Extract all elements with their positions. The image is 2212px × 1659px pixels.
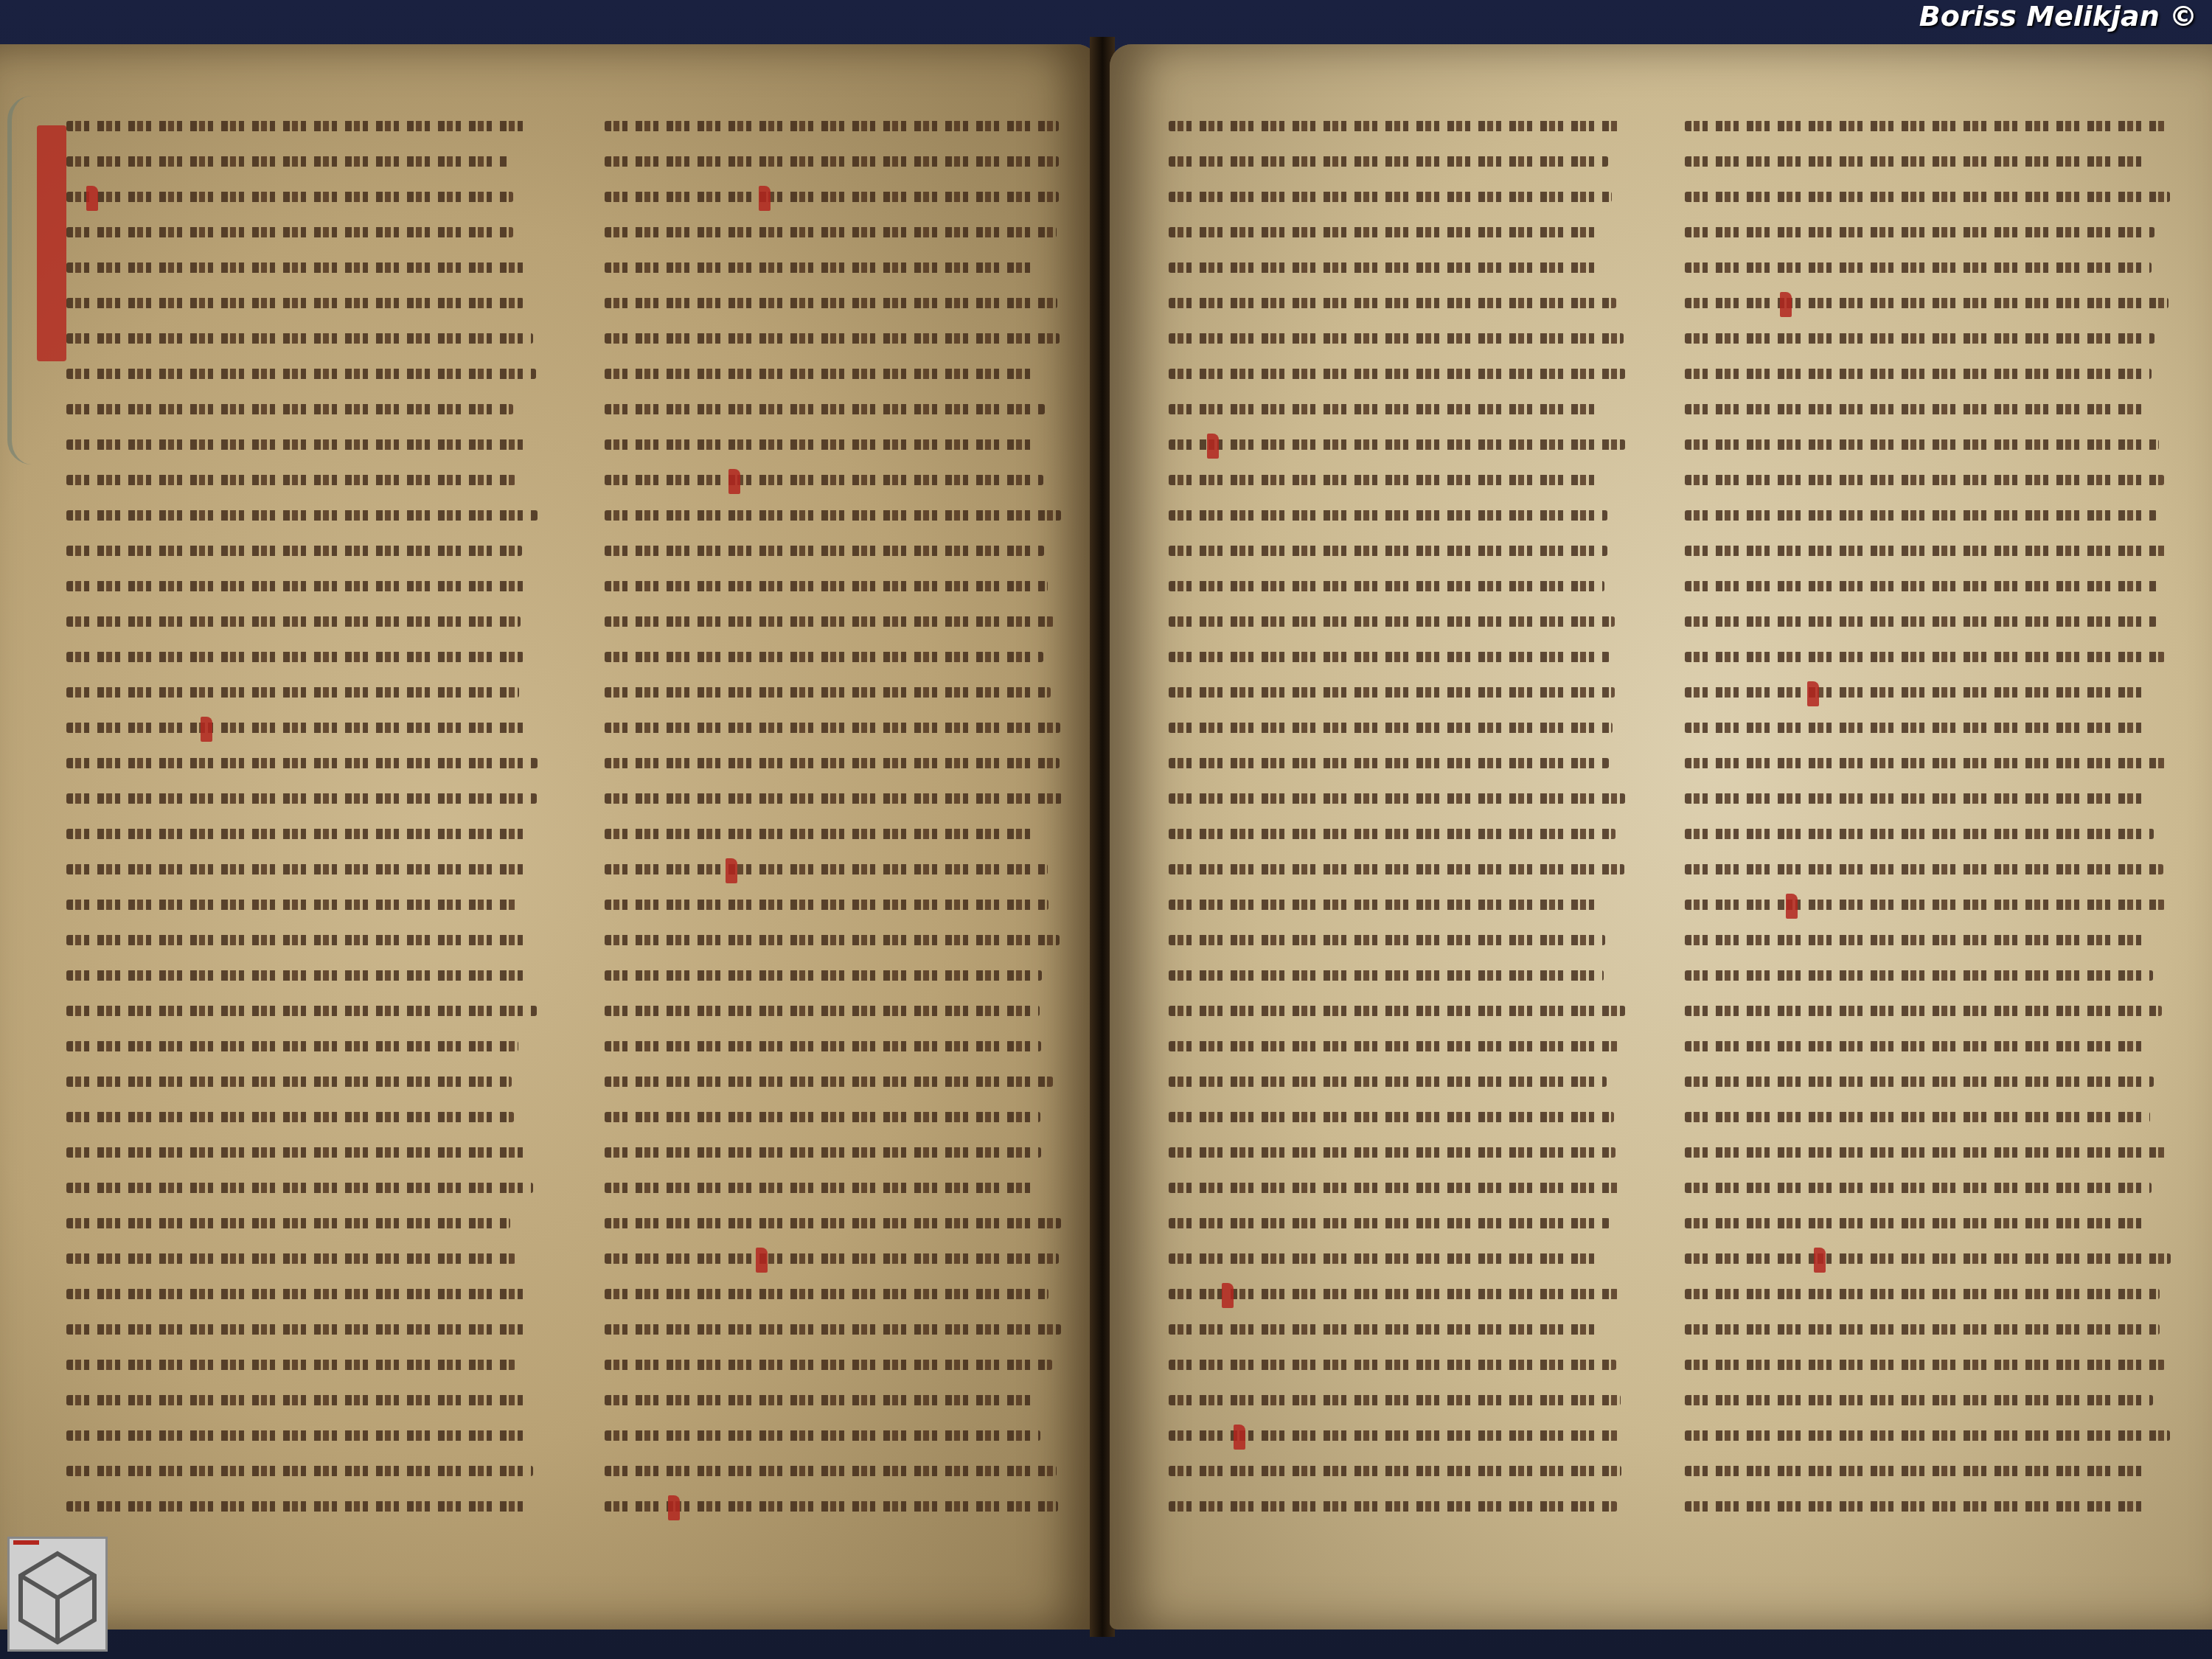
manuscript-text-line <box>66 217 538 245</box>
manuscript-text-line <box>605 783 1062 811</box>
ink-stroke <box>1685 723 2144 733</box>
left-page-column-1 <box>66 111 538 1563</box>
manuscript-text-line <box>1685 465 2171 493</box>
ink-stroke <box>1169 1501 1617 1512</box>
manuscript-text-line <box>605 748 1062 776</box>
ink-stroke <box>605 1253 1059 1264</box>
manuscript-text-line <box>66 1314 538 1342</box>
ink-stroke <box>1169 1395 1621 1405</box>
ink-stroke <box>66 652 524 662</box>
ink-stroke <box>66 1183 533 1193</box>
ink-stroke <box>1169 1077 1607 1087</box>
ink-stroke <box>66 864 529 874</box>
ink-stroke <box>1169 1466 1621 1476</box>
ink-stroke <box>1685 616 2157 627</box>
manuscript-text-line <box>66 394 538 422</box>
manuscript-text-line <box>1169 1137 1626 1165</box>
manuscript-text-line <box>605 1385 1062 1413</box>
manuscript-text-line <box>1169 1455 1626 1484</box>
ink-stroke <box>1685 262 2152 273</box>
manuscript-text-line <box>1685 712 2171 740</box>
ink-stroke <box>605 793 1062 804</box>
ink-stroke <box>605 864 1048 874</box>
ink-stroke <box>1169 687 1615 698</box>
manuscript-text-line <box>1685 641 2171 669</box>
ink-stroke <box>66 156 509 167</box>
manuscript-text-line <box>1169 1385 1626 1413</box>
ink-stroke <box>605 333 1060 344</box>
ink-stroke <box>1685 652 2165 662</box>
ink-stroke <box>1685 1077 2154 1087</box>
ink-stroke <box>1169 581 1604 591</box>
ink-stroke <box>1685 1289 2160 1299</box>
manuscript-text-line <box>605 323 1062 351</box>
ink-stroke <box>1169 793 1625 804</box>
ink-stroke <box>1169 1218 1610 1228</box>
ink-stroke <box>1169 1112 1614 1122</box>
ink-stroke <box>605 723 1060 733</box>
red-paragraph-mark <box>668 1495 680 1520</box>
red-paragraph-mark <box>86 186 98 211</box>
manuscript-text-line <box>1685 1172 2171 1200</box>
ink-stroke <box>605 1183 1036 1193</box>
manuscript-text-line <box>605 500 1062 528</box>
ink-stroke <box>1169 900 1599 910</box>
ink-stroke <box>1685 546 2166 556</box>
manuscript-text-line <box>605 181 1062 209</box>
decorated-initial <box>37 125 66 361</box>
ink-stroke <box>605 1006 1040 1016</box>
manuscript-text-line <box>66 1385 538 1413</box>
ink-stroke <box>66 900 518 910</box>
ink-stroke <box>1685 192 2170 202</box>
ink-stroke <box>1685 298 2168 308</box>
manuscript-text-line <box>605 1455 1062 1484</box>
manuscript-text-line <box>605 1420 1062 1448</box>
manuscript-text-line <box>66 960 538 988</box>
manuscript-text-line <box>1169 146 1626 174</box>
ink-stroke <box>66 1466 533 1476</box>
ink-stroke <box>1169 510 1607 521</box>
manuscript-text-line <box>1169 252 1626 280</box>
red-paragraph-mark <box>759 186 771 211</box>
manuscript-text-line <box>605 1172 1062 1200</box>
red-paragraph-mark <box>726 858 737 883</box>
ink-stroke <box>1169 1041 1618 1051</box>
ink-stroke <box>66 1395 529 1405</box>
ink-stroke <box>1169 475 1597 485</box>
ink-stroke <box>605 900 1048 910</box>
ink-stroke <box>1169 369 1625 379</box>
ink-stroke <box>1169 1253 1596 1264</box>
manuscript-text-line <box>1685 606 2171 634</box>
manuscript-text-line <box>1169 323 1626 351</box>
manuscript-text-line <box>66 1172 538 1200</box>
ink-stroke <box>605 829 1034 839</box>
manuscript-text-line <box>66 358 538 386</box>
ink-stroke <box>66 758 538 768</box>
manuscript-text-line <box>1169 429 1626 457</box>
ink-stroke <box>66 1289 527 1299</box>
manuscript-text-line <box>66 288 538 316</box>
manuscript-text-line <box>605 712 1062 740</box>
manuscript-text-line <box>605 146 1062 174</box>
right-page-column-1 <box>1169 111 1626 1563</box>
ink-stroke <box>66 1218 510 1228</box>
ink-stroke <box>66 121 530 131</box>
ink-stroke <box>1685 439 2159 450</box>
manuscript-text-line <box>1169 1031 1626 1059</box>
photographer-watermark: Boriss Melikjan © <box>1919 0 2197 32</box>
ink-stroke <box>605 475 1043 485</box>
manuscript-text-line <box>605 288 1062 316</box>
manuscript-text-line <box>605 535 1062 563</box>
manuscript-text-line <box>66 465 538 493</box>
ink-stroke <box>605 581 1048 591</box>
ink-stroke <box>66 1147 529 1158</box>
manuscript-text-line <box>1685 1385 2171 1413</box>
manuscript-text-line <box>605 111 1062 139</box>
manuscript-text-line <box>1169 1102 1626 1130</box>
ink-stroke <box>66 1501 529 1512</box>
manuscript-text-line <box>66 995 538 1023</box>
ink-stroke <box>66 227 513 237</box>
manuscript-text-line <box>66 1420 538 1448</box>
ink-stroke <box>66 581 526 591</box>
manuscript-text-line <box>66 535 538 563</box>
ink-stroke <box>66 298 524 308</box>
manuscript-text-line <box>1685 960 2171 988</box>
manuscript-text-line <box>605 252 1062 280</box>
ink-stroke <box>1169 298 1616 308</box>
manuscript-text-line <box>1685 181 2171 209</box>
ink-stroke <box>1169 227 1599 237</box>
manuscript-text-line <box>1169 571 1626 599</box>
manuscript-text-line <box>66 854 538 882</box>
manuscript-text-line <box>1169 500 1626 528</box>
manuscript-text-line <box>1169 1420 1626 1448</box>
ink-stroke <box>1169 262 1601 273</box>
manuscript-text-line <box>1685 677 2171 705</box>
ink-stroke <box>1685 1041 2143 1051</box>
ink-stroke <box>605 1147 1041 1158</box>
manuscript-text-line <box>1169 181 1626 209</box>
ink-stroke <box>1685 404 2143 414</box>
ink-stroke <box>605 369 1037 379</box>
manuscript-text-line <box>1685 783 2171 811</box>
ink-stroke <box>1685 829 2154 839</box>
manuscript-text-line <box>66 429 538 457</box>
manuscript-text-line <box>1685 288 2171 316</box>
red-paragraph-mark <box>728 469 740 494</box>
red-paragraph-mark <box>201 717 212 742</box>
right-page <box>1110 44 2212 1630</box>
ink-stroke <box>605 1430 1040 1441</box>
manuscript-text-line <box>66 323 538 351</box>
ink-stroke <box>605 1324 1061 1335</box>
right-page-column-2 <box>1685 111 2171 1563</box>
manuscript-text-line <box>66 1066 538 1094</box>
manuscript-text-line <box>66 1031 538 1059</box>
manuscript-text-line <box>66 712 538 740</box>
manuscript-text-line <box>1685 925 2171 953</box>
manuscript-text-line <box>1169 1243 1626 1271</box>
manuscript-text-line <box>1685 1031 2171 1059</box>
ink-stroke <box>66 970 524 981</box>
manuscript-text-line <box>1169 217 1626 245</box>
open-manuscript <box>0 15 2212 1659</box>
ink-stroke <box>66 546 522 556</box>
manuscript-text-line <box>1169 1314 1626 1342</box>
ink-stroke <box>1169 1183 1619 1193</box>
ink-stroke <box>1169 121 1620 131</box>
manuscript-text-line <box>1169 1279 1626 1307</box>
ink-stroke <box>1685 475 2164 485</box>
ink-stroke <box>66 1006 537 1016</box>
manuscript-text-line <box>605 1491 1062 1519</box>
manuscript-text-line <box>605 889 1062 917</box>
manuscript-text-line <box>1169 677 1626 705</box>
manuscript-text-line <box>1685 1208 2171 1236</box>
manuscript-text-line <box>605 606 1062 634</box>
ink-stroke <box>605 1077 1053 1087</box>
ink-stroke <box>1169 333 1624 344</box>
manuscript-text-line <box>1169 1172 1626 1200</box>
ink-stroke <box>1169 1289 1618 1299</box>
ink-stroke <box>605 1218 1061 1228</box>
manuscript-text-line <box>1685 1349 2171 1377</box>
ink-stroke <box>605 616 1054 627</box>
ink-stroke <box>605 1289 1048 1299</box>
manuscript-text-line <box>1685 146 2171 174</box>
ink-stroke <box>605 1395 1034 1405</box>
ink-stroke <box>1685 793 2149 804</box>
ink-stroke <box>1685 1466 2146 1476</box>
manuscript-text-line <box>1169 818 1626 846</box>
ink-stroke <box>1685 121 2166 131</box>
manuscript-text-line <box>1169 288 1626 316</box>
manuscript-text-line <box>605 1243 1062 1271</box>
ink-stroke <box>1169 546 1607 556</box>
ink-stroke <box>605 1466 1057 1476</box>
ink-stroke <box>1685 333 2154 344</box>
manuscript-text-line <box>1685 535 2171 563</box>
manuscript-text-line <box>605 394 1062 422</box>
ink-stroke <box>1169 1360 1616 1370</box>
red-paragraph-mark <box>1807 681 1819 706</box>
manuscript-text-line <box>66 146 538 174</box>
ink-stroke <box>605 439 1033 450</box>
manuscript-text-line <box>66 748 538 776</box>
manuscript-text-line <box>605 1102 1062 1130</box>
manuscript-text-line <box>1685 1279 2171 1307</box>
ink-stroke <box>605 758 1060 768</box>
ink-stroke <box>66 262 525 273</box>
manuscript-text-line <box>1685 394 2171 422</box>
isometric-cube-logo-icon <box>7 1537 108 1652</box>
manuscript-text-line <box>1169 111 1626 139</box>
red-paragraph-mark <box>756 1248 768 1273</box>
manuscript-text-line <box>1685 1102 2171 1130</box>
ink-stroke <box>1685 687 2148 698</box>
ink-stroke <box>66 439 527 450</box>
manuscript-text-line <box>66 111 538 139</box>
manuscript-text-line <box>1685 323 2171 351</box>
manuscript-text-line <box>1685 1420 2171 1448</box>
manuscript-text-line <box>66 1243 538 1271</box>
ink-stroke <box>66 1430 524 1441</box>
manuscript-text-line <box>1169 1349 1626 1377</box>
red-paragraph-mark <box>1780 292 1792 317</box>
ink-stroke <box>1685 1006 2162 1016</box>
manuscript-text-line <box>66 1208 538 1236</box>
ink-stroke <box>1685 1324 2160 1335</box>
manuscript-text-line <box>605 995 1062 1023</box>
ink-stroke <box>1685 156 2143 167</box>
manuscript-text-line <box>1169 1066 1626 1094</box>
ink-stroke <box>605 970 1042 981</box>
manuscript-text-line <box>605 1066 1062 1094</box>
ink-stroke <box>66 829 529 839</box>
ink-stroke <box>1685 1501 2149 1512</box>
manuscript-text-line <box>66 889 538 917</box>
ink-stroke <box>1685 1218 2148 1228</box>
ink-stroke <box>605 1112 1040 1122</box>
manuscript-text-line <box>605 1031 1062 1059</box>
ink-stroke <box>1685 369 2152 379</box>
ink-stroke <box>1685 758 2166 768</box>
manuscript-text-line <box>66 571 538 599</box>
ink-stroke <box>1169 829 1615 839</box>
manuscript-text-line <box>66 925 538 953</box>
ink-stroke <box>1169 935 1605 945</box>
red-paragraph-mark <box>1234 1425 1245 1450</box>
ink-stroke <box>1685 510 2157 521</box>
ink-stroke <box>66 723 531 733</box>
manuscript-text-line <box>605 465 1062 493</box>
ink-stroke <box>66 793 537 804</box>
ink-stroke <box>1169 192 1612 202</box>
ink-stroke <box>66 475 515 485</box>
ink-stroke <box>66 1077 512 1087</box>
manuscript-text-line <box>66 818 538 846</box>
manuscript-text-line <box>605 960 1062 988</box>
manuscript-text-line <box>1685 500 2171 528</box>
ink-stroke <box>1169 404 1600 414</box>
ink-stroke <box>605 1360 1052 1370</box>
manuscript-text-line <box>605 1349 1062 1377</box>
manuscript-text-line <box>605 677 1062 705</box>
manuscript-text-line <box>605 641 1062 669</box>
ink-stroke <box>1685 864 2163 874</box>
ink-stroke <box>66 333 533 344</box>
manuscript-text-line <box>1685 748 2171 776</box>
ink-stroke <box>605 227 1057 237</box>
manuscript-text-line <box>605 1137 1062 1165</box>
ink-stroke <box>1169 439 1625 450</box>
manuscript-text-line <box>66 500 538 528</box>
manuscript-text-line <box>66 606 538 634</box>
ink-stroke <box>1169 616 1615 627</box>
ink-stroke <box>1685 1395 2153 1405</box>
red-paragraph-mark <box>1786 894 1798 919</box>
ink-stroke <box>66 192 513 202</box>
ink-stroke <box>605 404 1045 414</box>
ink-stroke <box>1169 758 1609 768</box>
ink-stroke <box>66 1360 515 1370</box>
ink-stroke <box>1685 1360 2165 1370</box>
manuscript-text-line <box>1169 854 1626 882</box>
ink-stroke <box>66 1253 515 1264</box>
manuscript-text-line <box>605 571 1062 599</box>
manuscript-text-line <box>1169 641 1626 669</box>
manuscript-text-line <box>66 1102 538 1130</box>
manuscript-text-line <box>1169 394 1626 422</box>
manuscript-text-line <box>605 1314 1062 1342</box>
ink-stroke <box>66 1041 518 1051</box>
ink-stroke <box>1169 1006 1625 1016</box>
ink-stroke <box>605 156 1059 167</box>
manuscript-text-line <box>1169 925 1626 953</box>
manuscript-text-line <box>1169 960 1626 988</box>
manuscript-text-line <box>66 783 538 811</box>
manuscript-text-line <box>1685 429 2171 457</box>
ink-stroke <box>605 192 1059 202</box>
ink-stroke <box>1685 1183 2152 1193</box>
ink-stroke <box>1169 1324 1598 1335</box>
manuscript-text-line <box>66 641 538 669</box>
manuscript-text-line <box>605 1208 1062 1236</box>
ink-stroke <box>1685 1253 2171 1264</box>
ink-stroke <box>605 121 1059 131</box>
manuscript-text-line <box>1169 465 1626 493</box>
ink-stroke <box>66 404 513 414</box>
manuscript-text-line <box>66 252 538 280</box>
ink-stroke <box>66 369 536 379</box>
manuscript-text-line <box>1685 1137 2171 1165</box>
manuscript-text-line <box>1169 889 1626 917</box>
ink-stroke <box>1169 156 1608 167</box>
manuscript-text-line <box>66 1491 538 1519</box>
manuscript-text-line <box>605 925 1062 953</box>
manuscript-text-line <box>1169 1208 1626 1236</box>
manuscript-text-line <box>1685 1491 2171 1519</box>
ink-stroke <box>605 546 1044 556</box>
manuscript-text-line <box>1169 783 1626 811</box>
manuscript-text-line <box>1685 217 2171 245</box>
manuscript-text-line <box>66 1349 538 1377</box>
ink-stroke <box>66 935 530 945</box>
ink-stroke <box>66 510 538 521</box>
manuscript-text-line <box>605 854 1062 882</box>
manuscript-text-line <box>1685 571 2171 599</box>
manuscript-text-line <box>66 181 538 209</box>
manuscript-text-line <box>1169 606 1626 634</box>
ink-stroke <box>1169 970 1604 981</box>
manuscript-text-line <box>1685 358 2171 386</box>
red-paragraph-mark <box>1814 1248 1826 1273</box>
manuscript-text-line <box>605 818 1062 846</box>
manuscript-text-line <box>1685 995 2171 1023</box>
ink-stroke <box>1685 1147 2166 1158</box>
ink-stroke <box>605 687 1051 698</box>
manuscript-text-line <box>1169 358 1626 386</box>
manuscript-text-line <box>1685 854 2171 882</box>
manuscript-text-line <box>1685 818 2171 846</box>
ink-stroke <box>1169 723 1613 733</box>
ink-stroke <box>1685 1112 2150 1122</box>
red-paragraph-mark <box>1207 434 1219 459</box>
